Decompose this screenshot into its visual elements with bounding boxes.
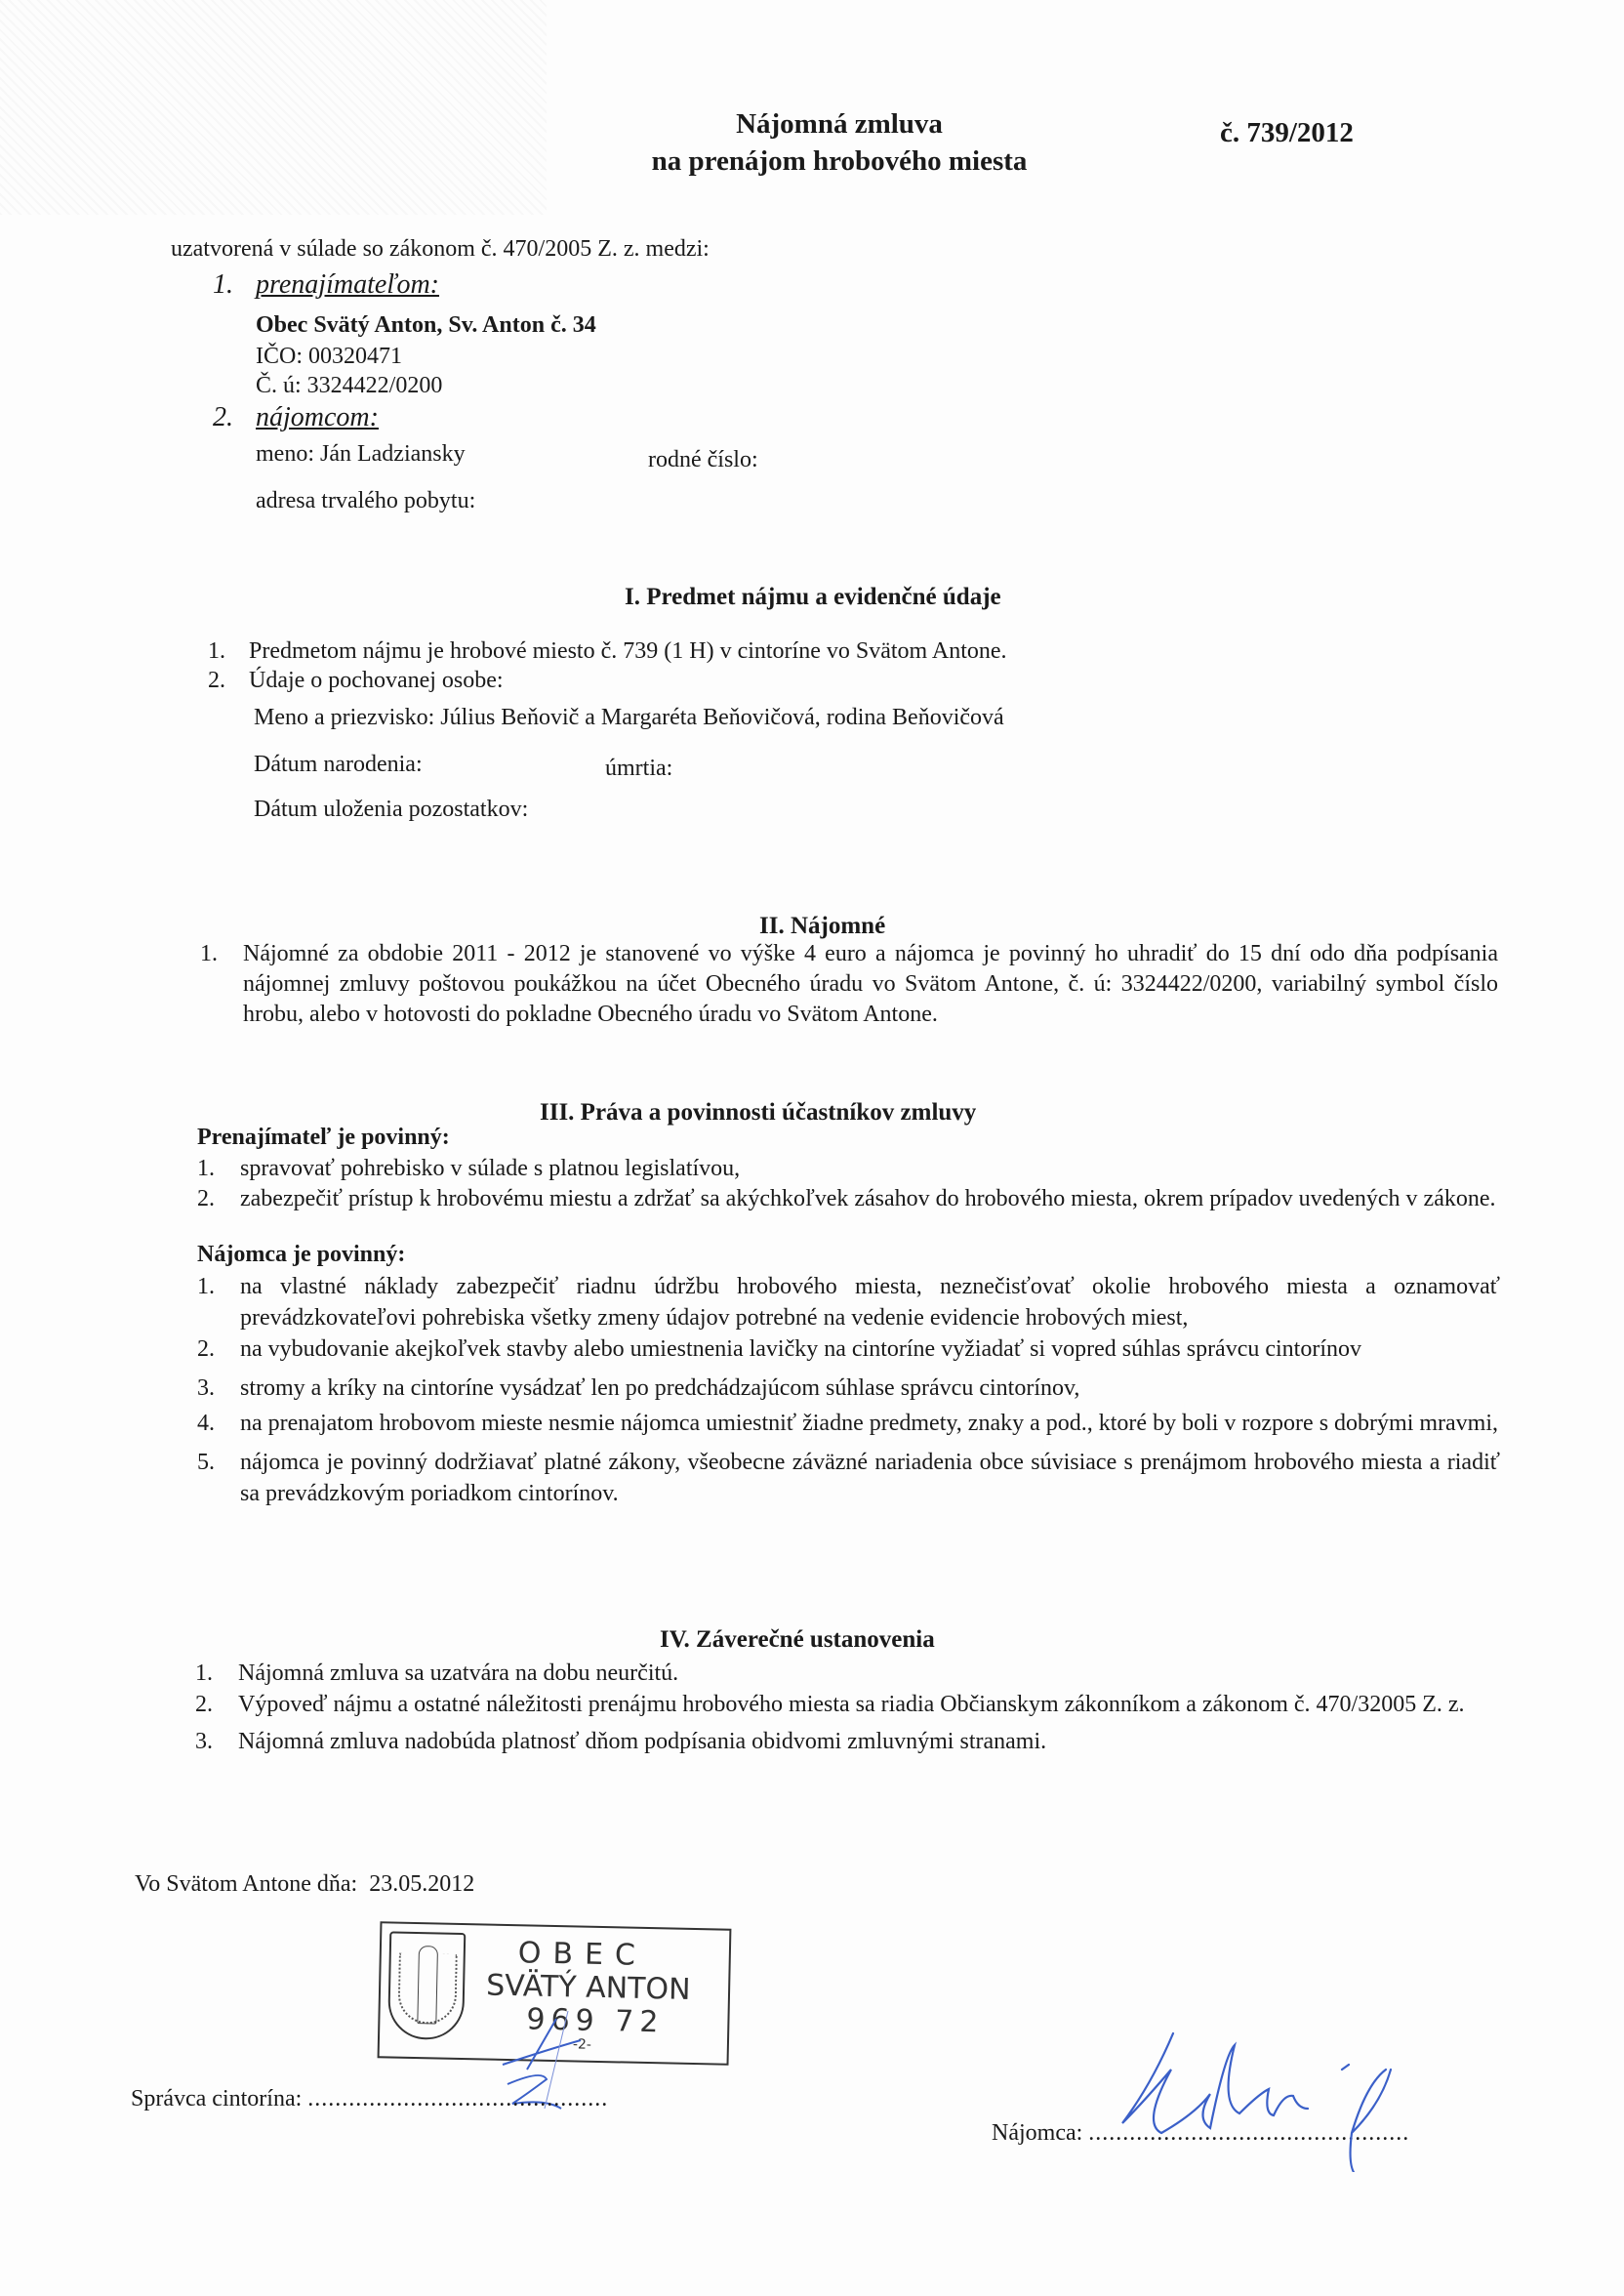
tenant-signature-icon bbox=[1103, 2026, 1425, 2172]
document-title: Nájomná zmluva na prenájom hrobového mie… bbox=[605, 105, 1074, 180]
title-line-1: Nájomná zmluva bbox=[605, 105, 1074, 143]
tenant-duty-item: 4. na prenajatom hrobovom mieste nesmie … bbox=[197, 1408, 1500, 1439]
landlord-account: Č. ú: 3324422/0200 bbox=[256, 371, 442, 400]
section-1-heading: I. Predmet nájmu a evidenčné údaje bbox=[625, 584, 1001, 611]
tenant-duties-list: 1. na vlastné náklady zabezpečiť riadnu … bbox=[197, 1271, 1500, 1509]
landlord-duty-item: 1. spravovať pohrebisko v súlade s platn… bbox=[197, 1154, 1500, 1184]
tenant-name: meno: Ján Ladziansky bbox=[256, 439, 466, 469]
tenant-address-label: adresa trvalého pobytu: bbox=[256, 486, 475, 515]
tenant-duty-item: 3. stromy a kríky na cintoríne vysádzať … bbox=[197, 1373, 1500, 1404]
section-4-list: 1. Nájomná zmluva sa uzatvára na dobu ne… bbox=[195, 1658, 1503, 1757]
landlord-duty-item: 2. zabezpečiť prístup k hrobovému miestu… bbox=[197, 1184, 1500, 1214]
birth-date-label: Dátum narodenia: bbox=[254, 750, 423, 779]
landlord-label: prenajímateľom: bbox=[256, 269, 439, 301]
tenant-duty-item: 1. na vlastné náklady zabezpečiť riadnu … bbox=[197, 1271, 1500, 1333]
landlord-duties-heading: Prenajímateľ je povinný: bbox=[197, 1123, 450, 1152]
title-line-2: na prenájom hrobového miesta bbox=[605, 143, 1074, 180]
closing-item: 3. Nájomná zmluva nadobúda platnosť dňom… bbox=[195, 1726, 1503, 1757]
landlord-duties-list: 1. spravovať pohrebisko v súlade s platn… bbox=[197, 1154, 1500, 1214]
stamp-line-1: OBEC bbox=[517, 1936, 647, 1973]
section-1-item-2: 2.Údaje o pochovanej osobe: bbox=[208, 666, 504, 695]
stamp-line-2: SVÄTÝ ANTON bbox=[486, 1969, 691, 2007]
contract-number: č. 739/2012 bbox=[1220, 117, 1354, 149]
section-4-heading: IV. Záverečné ustanovenia bbox=[660, 1626, 935, 1654]
landlord-name-address: Obec Svätý Anton, Sv. Anton č. 34 bbox=[256, 310, 596, 340]
place-date-line: Vo Svätom Antone dňa: 23.05.2012 bbox=[135, 1869, 474, 1899]
administrator-signature-field: ........................................… bbox=[307, 2086, 608, 2111]
section-2-item-1: 1. Nájomné za obdobie 2011 - 2012 je sta… bbox=[200, 939, 1498, 1030]
landlord-number: 1. bbox=[213, 269, 233, 301]
tenant-duties-heading: Nájomca je povinný: bbox=[197, 1240, 405, 1269]
remains-date-label: Dátum uloženia pozostatkov: bbox=[254, 795, 528, 824]
tenant-label: nájomcom: bbox=[256, 402, 379, 433]
signing-date: 23.05.2012 bbox=[369, 1871, 474, 1897]
section-1-item-1: 1.Predmetom nájmu je hrobové miesto č. 7… bbox=[208, 636, 1007, 666]
administrator-line: Správca cintorína: .....................… bbox=[131, 2084, 608, 2113]
tenant-duty-item: 2. na vybudovanie akejkoľvek stavby aleb… bbox=[197, 1333, 1500, 1365]
parties-intro: uzatvorená v súlade so zákonom č. 470/20… bbox=[171, 234, 710, 264]
closing-item: 1. Nájomná zmluva sa uzatvára na dobu ne… bbox=[195, 1658, 1503, 1689]
document-page: Nájomná zmluva na prenájom hrobového mie… bbox=[0, 0, 1624, 2296]
section-3-heading: III. Práva a povinnosti účastníkov zmluv… bbox=[540, 1099, 976, 1127]
tenant-birth-number-label: rodné číslo: bbox=[648, 445, 758, 474]
tenant-duty-item: 5. nájomca je povinný dodržiavať platné … bbox=[197, 1447, 1500, 1509]
landlord-ico: IČO: 00320471 bbox=[256, 342, 402, 371]
buried-person-name: Meno a priezvisko: Július Beňovič a Marg… bbox=[254, 703, 1004, 732]
scan-artifact bbox=[0, 0, 547, 215]
tenant-number: 2. bbox=[213, 402, 233, 433]
death-date-label: úmrtia: bbox=[605, 754, 672, 783]
section-2-heading: II. Nájomné bbox=[759, 913, 885, 940]
coat-of-arms-icon bbox=[387, 1931, 466, 2040]
closing-item: 2. Výpoveď nájmu a ostatné náležitosti p… bbox=[195, 1689, 1503, 1720]
